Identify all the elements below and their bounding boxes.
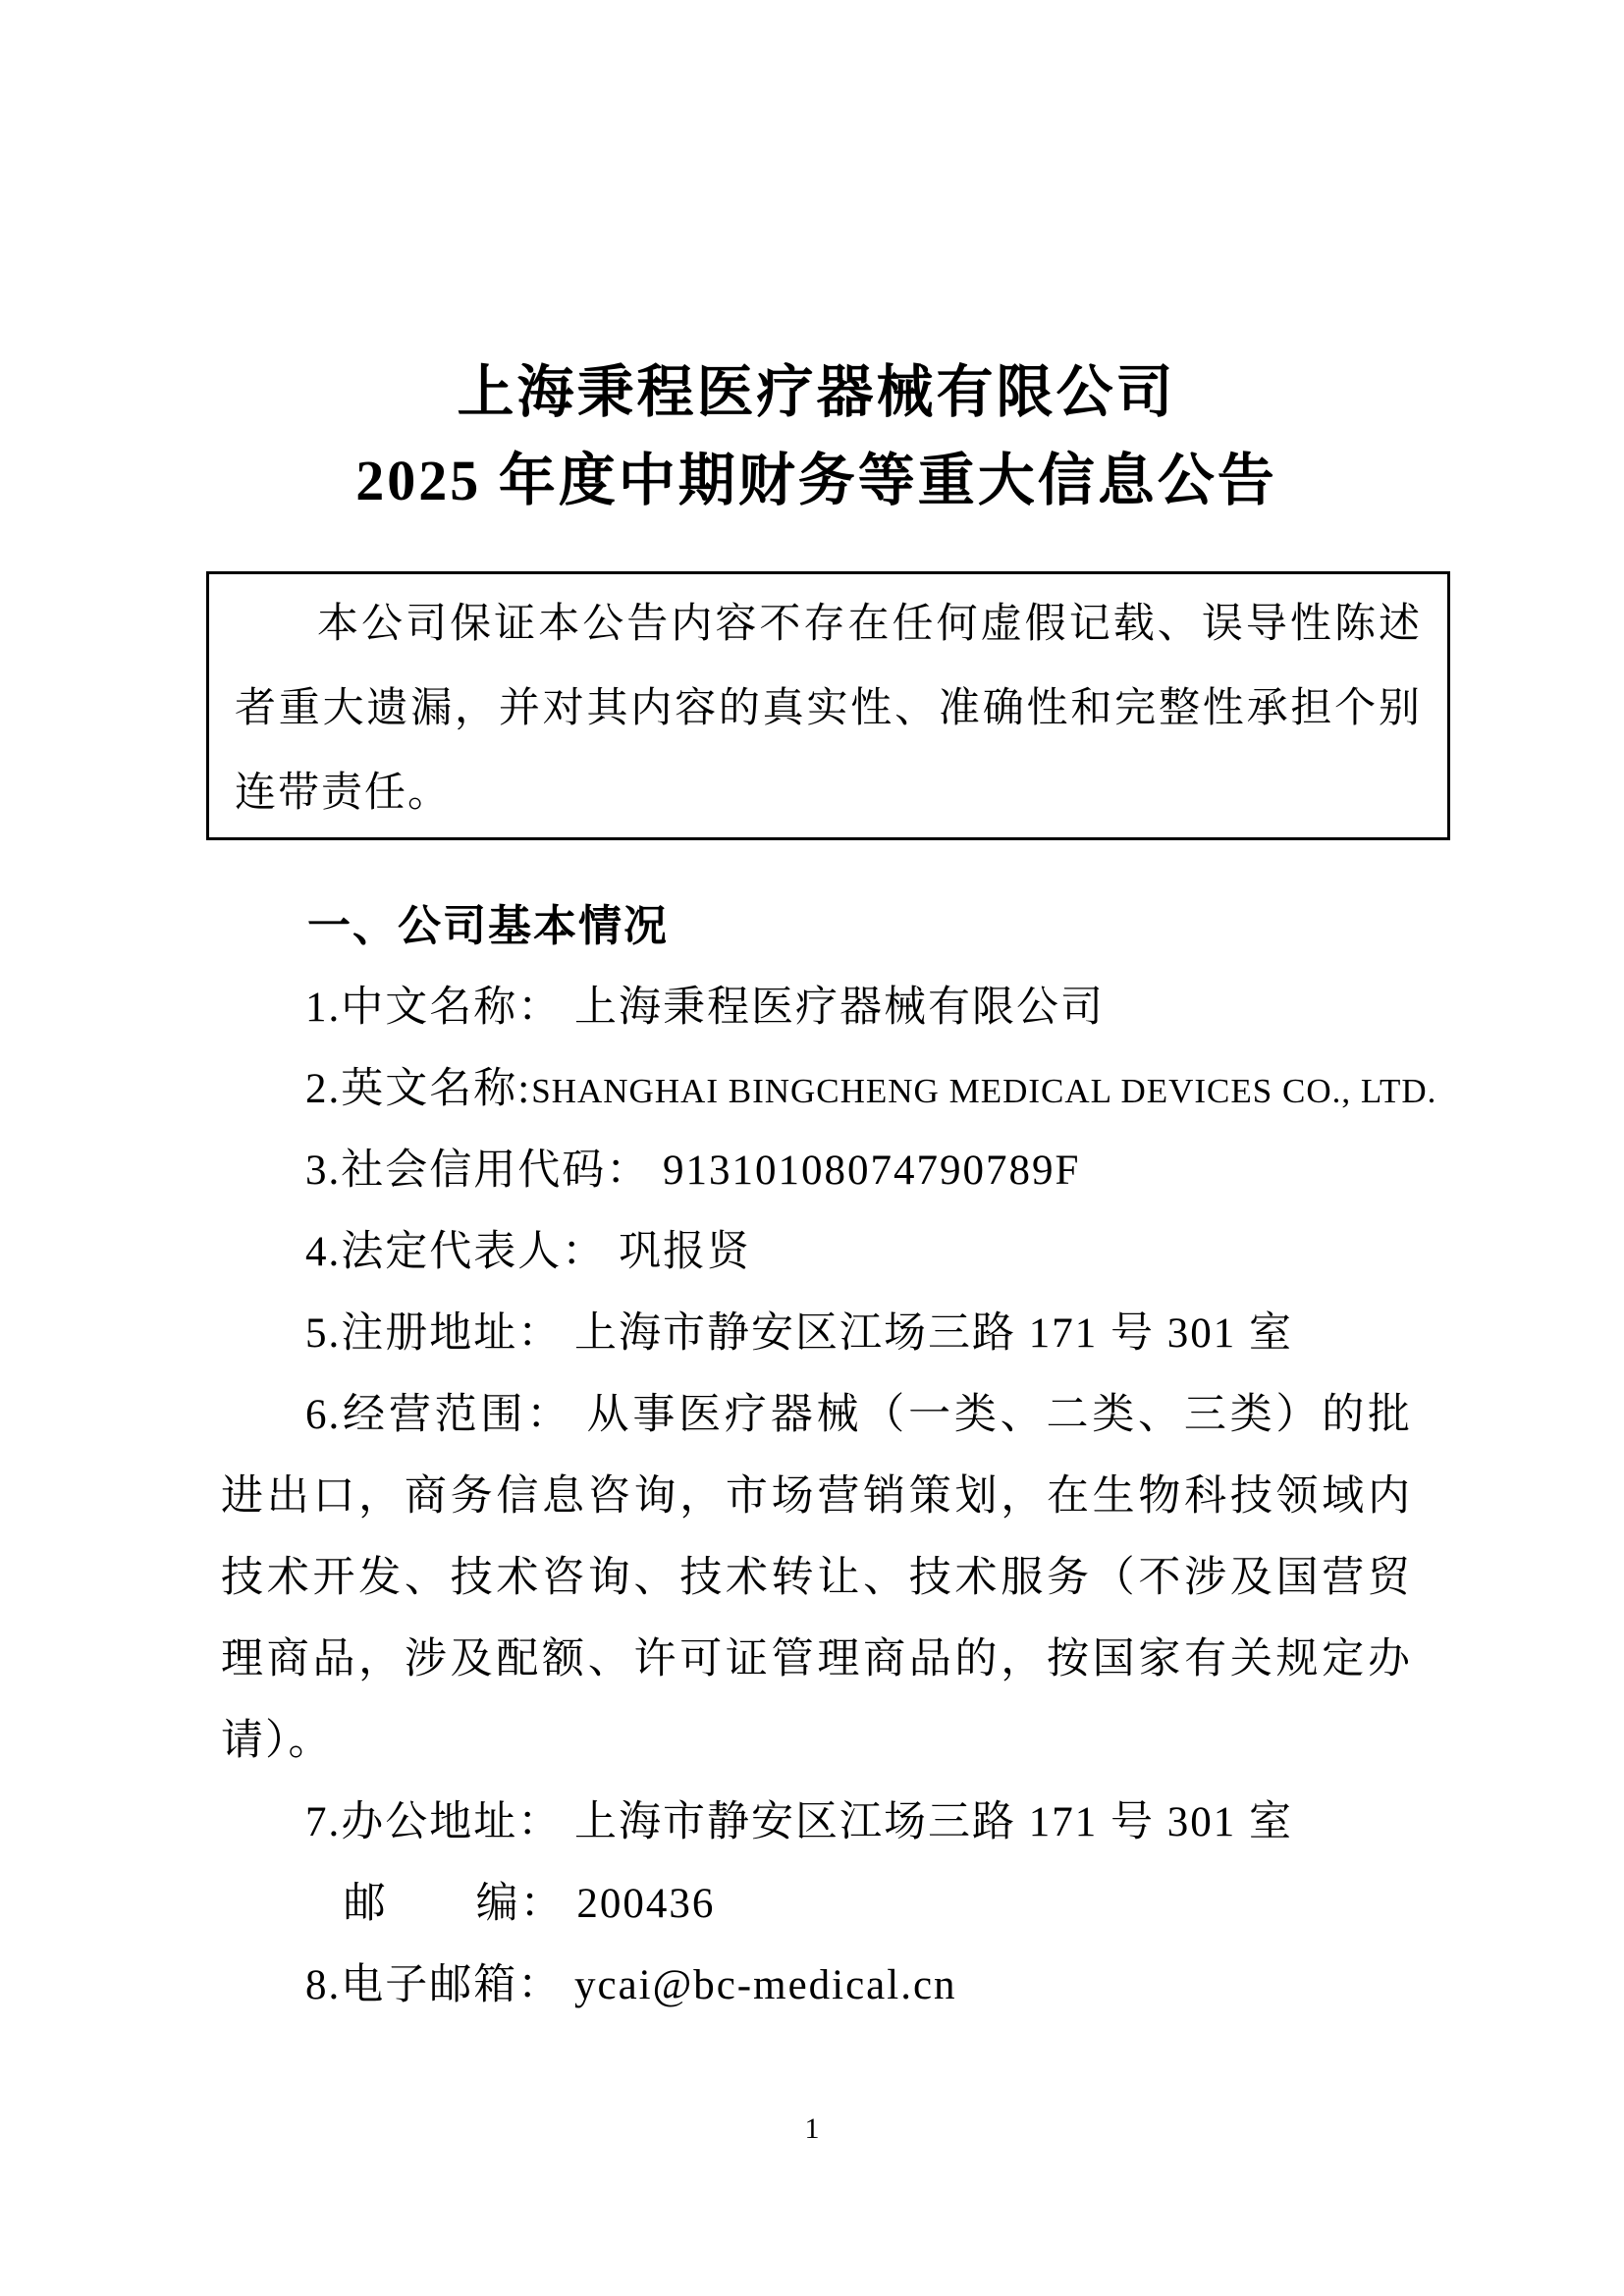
item-2-label: 2.英文名称:	[305, 1066, 531, 1112]
disclaimer-line: 本公司保证本公告内容不存在任何虚假记载、误导性陈述或	[235, 582, 1422, 667]
item-2-english-name: 2.英文名称:SHANGHAI BINGCHENG MEDICAL DEVICE…	[221, 1048, 1412, 1130]
item-6-business-scope-line-5: 请）。	[221, 1700, 1412, 1782]
document-title-line-2: 2025 年度中期财务等重大信息公告	[221, 437, 1412, 525]
disclaimer-box: 本公司保证本公告内容不存在任何虚假记载、误导性陈述或 者重大遗漏，并对其内容的真…	[206, 571, 1450, 840]
item-4-legal-representative: 4.法定代表人： 巩报贤	[221, 1211, 1412, 1293]
item-7-postal-code: 邮 编： 200436	[221, 1863, 1412, 1945]
item-2-value: SHANGHAI BINGCHENG MEDICAL DEVICES CO., …	[531, 1072, 1436, 1110]
section-heading: 一、公司基本情况	[221, 885, 1412, 967]
item-7-office-address: 7.办公地址： 上海市静安区江场三路 171 号 301 室	[221, 1782, 1412, 1863]
item-6-business-scope-line-1: 6.经营范围： 从事医疗器械（一类、二类、三类）的批发、	[221, 1374, 1412, 1456]
page-number: 1	[0, 2112, 1624, 2146]
document-title: 上海秉程医疗器械有限公司 2025 年度中期财务等重大信息公告	[221, 348, 1412, 525]
item-8-email: 8.电子邮箱： ycai@bc-medical.cn	[221, 1945, 1412, 2026]
disclaimer-line: 连带责任。	[235, 751, 1422, 835]
item-6-business-scope-line-4: 理商品，涉及配额、许可证管理商品的，按国家有关规定办理申	[221, 1619, 1412, 1700]
disclaimer-line: 者重大遗漏，并对其内容的真实性、准确性和完整性承担个别及	[235, 667, 1422, 751]
section-company-basic-info: 一、公司基本情况 1.中文名称： 上海秉程医疗器械有限公司 2.英文名称:SHA…	[221, 885, 1412, 2026]
item-3-credit-code: 3.社会信用代码： 91310108074790789F	[221, 1130, 1412, 1211]
document-page: 上海秉程医疗器械有限公司 2025 年度中期财务等重大信息公告 本公司保证本公告…	[0, 0, 1624, 2296]
item-6-business-scope-line-2: 进出口，商务信息咨询，市场营销策划，在生物科技领域内从事	[221, 1456, 1412, 1537]
document-title-line-1: 上海秉程医疗器械有限公司	[221, 348, 1412, 437]
item-1-chinese-name: 1.中文名称： 上海秉程医疗器械有限公司	[221, 967, 1412, 1048]
item-5-registered-address: 5.注册地址： 上海市静安区江场三路 171 号 301 室	[221, 1293, 1412, 1374]
item-6-business-scope-line-3: 技术开发、技术咨询、技术转让、技术服务（不涉及国营贸易管	[221, 1537, 1412, 1619]
